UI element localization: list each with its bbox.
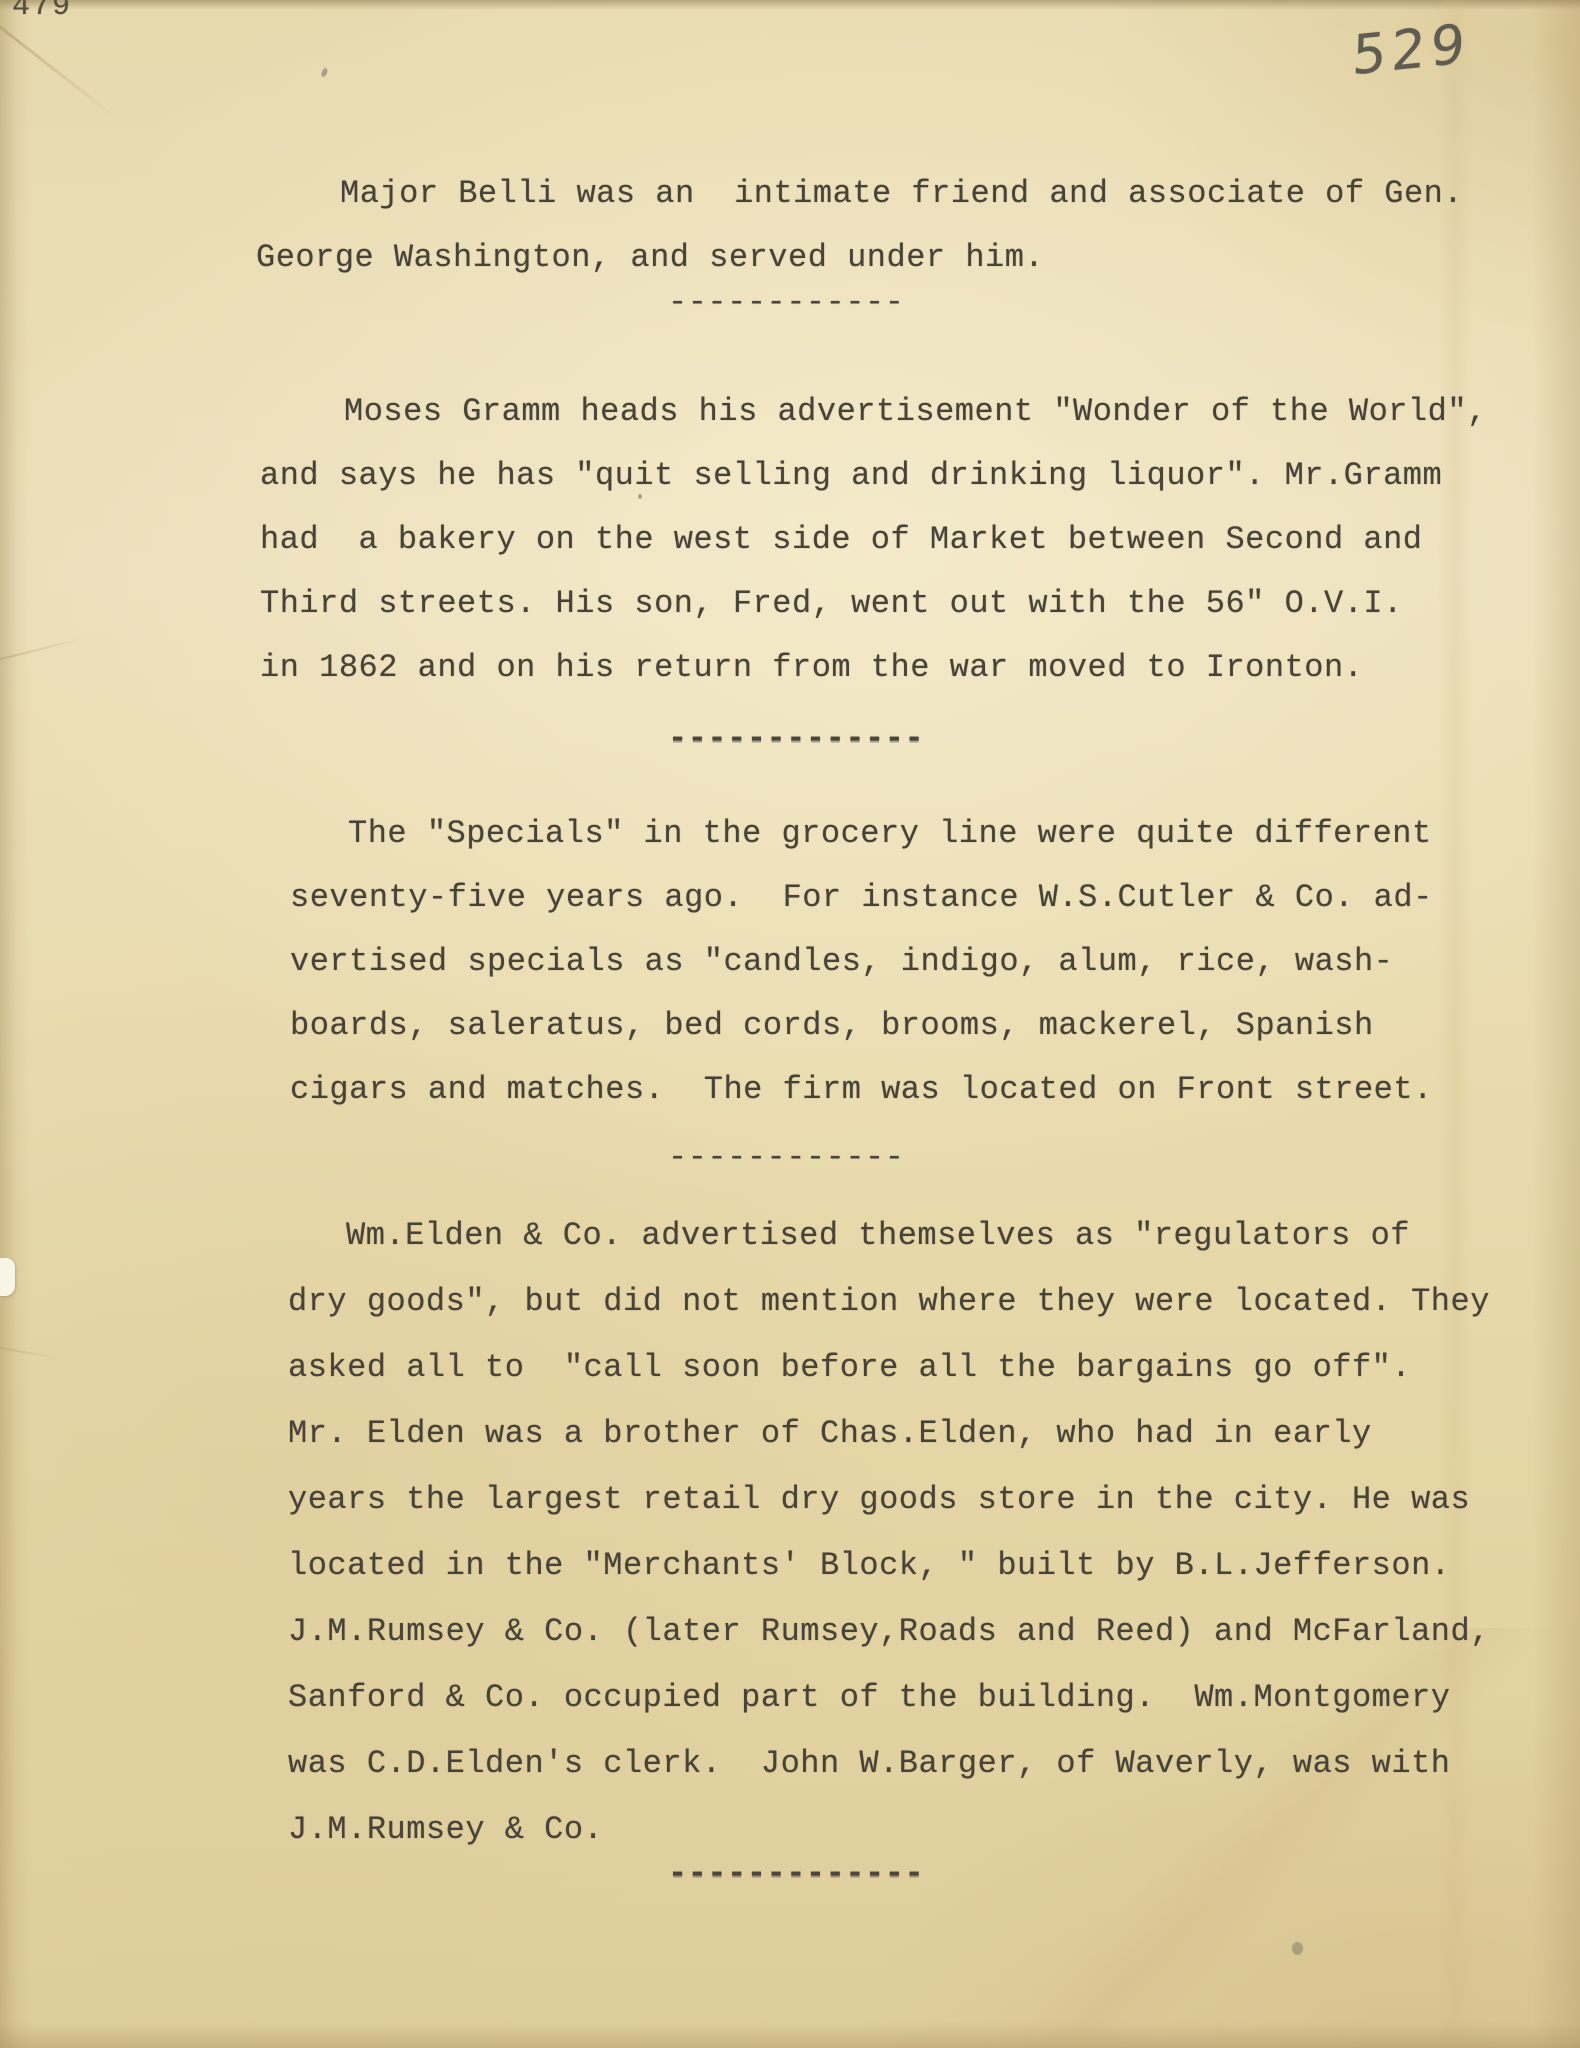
typed-line: had a bakery on the west side of Market …	[260, 508, 1487, 572]
typed-line: J.M.Rumsey & Co. (later Rumsey,Roads and…	[288, 1599, 1490, 1665]
typed-line: Sanford & Co. occupied part of the build…	[288, 1665, 1490, 1731]
separator-divider: ------------	[668, 1126, 904, 1190]
typed-line: Major Belli was an intimate friend and a…	[256, 162, 1463, 226]
separator-divider: -------------	[668, 707, 924, 771]
page-edge-left	[0, 0, 30, 2048]
typed-line: asked all to "call soon before all the b…	[288, 1335, 1490, 1401]
typed-line: boards, saleratus, bed cords, brooms, ma…	[290, 994, 1433, 1058]
separator-divider: -------------	[668, 1842, 924, 1906]
typed-line: The "Specials" in the grocery line were …	[290, 802, 1433, 866]
typed-line: and says he has "quit selling and drinki…	[260, 444, 1487, 508]
typed-line: was C.D.Elden's clerk. John W.Barger, of…	[288, 1731, 1490, 1797]
page-number-corner: 479	[12, 0, 72, 24]
scanned-page: 479 529 Major Belli was an intimate frie…	[0, 0, 1580, 2048]
typed-line: Wm.Elden & Co. advertised themselves as …	[288, 1203, 1490, 1269]
page-edge-top	[0, 0, 1580, 10]
typed-line: vertised specials as "candles, indigo, a…	[290, 930, 1433, 994]
typed-line: Moses Gramm heads his advertisement "Won…	[260, 380, 1487, 444]
typed-line: dry goods", but did not mention where th…	[288, 1269, 1490, 1335]
paragraph-moses-gramm: Moses Gramm heads his advertisement "Won…	[260, 380, 1487, 700]
typed-line: years the largest retail dry goods store…	[288, 1467, 1490, 1533]
typed-line: Third streets. His son, Fred, went out w…	[260, 572, 1487, 636]
typed-line: seventy-five years ago. For instance W.S…	[290, 866, 1433, 930]
paper-speck	[1292, 1942, 1303, 1955]
separator-divider: ------------	[668, 271, 904, 335]
paragraph-wm-elden: Wm.Elden & Co. advertised themselves as …	[288, 1203, 1490, 1863]
paper-chip	[0, 1258, 15, 1296]
handwritten-page-number: 529	[1351, 12, 1471, 88]
typed-line: Mr. Elden was a brother of Chas.Elden, w…	[288, 1401, 1490, 1467]
paper-speck	[321, 67, 329, 77]
typed-line: in 1862 and on his return from the war m…	[260, 636, 1487, 700]
paragraph-grocery-specials: The "Specials" in the grocery line were …	[290, 802, 1433, 1122]
typed-line: located in the "Merchants' Block, " buil…	[288, 1533, 1490, 1599]
typed-line: cigars and matches. The firm was located…	[290, 1058, 1433, 1122]
